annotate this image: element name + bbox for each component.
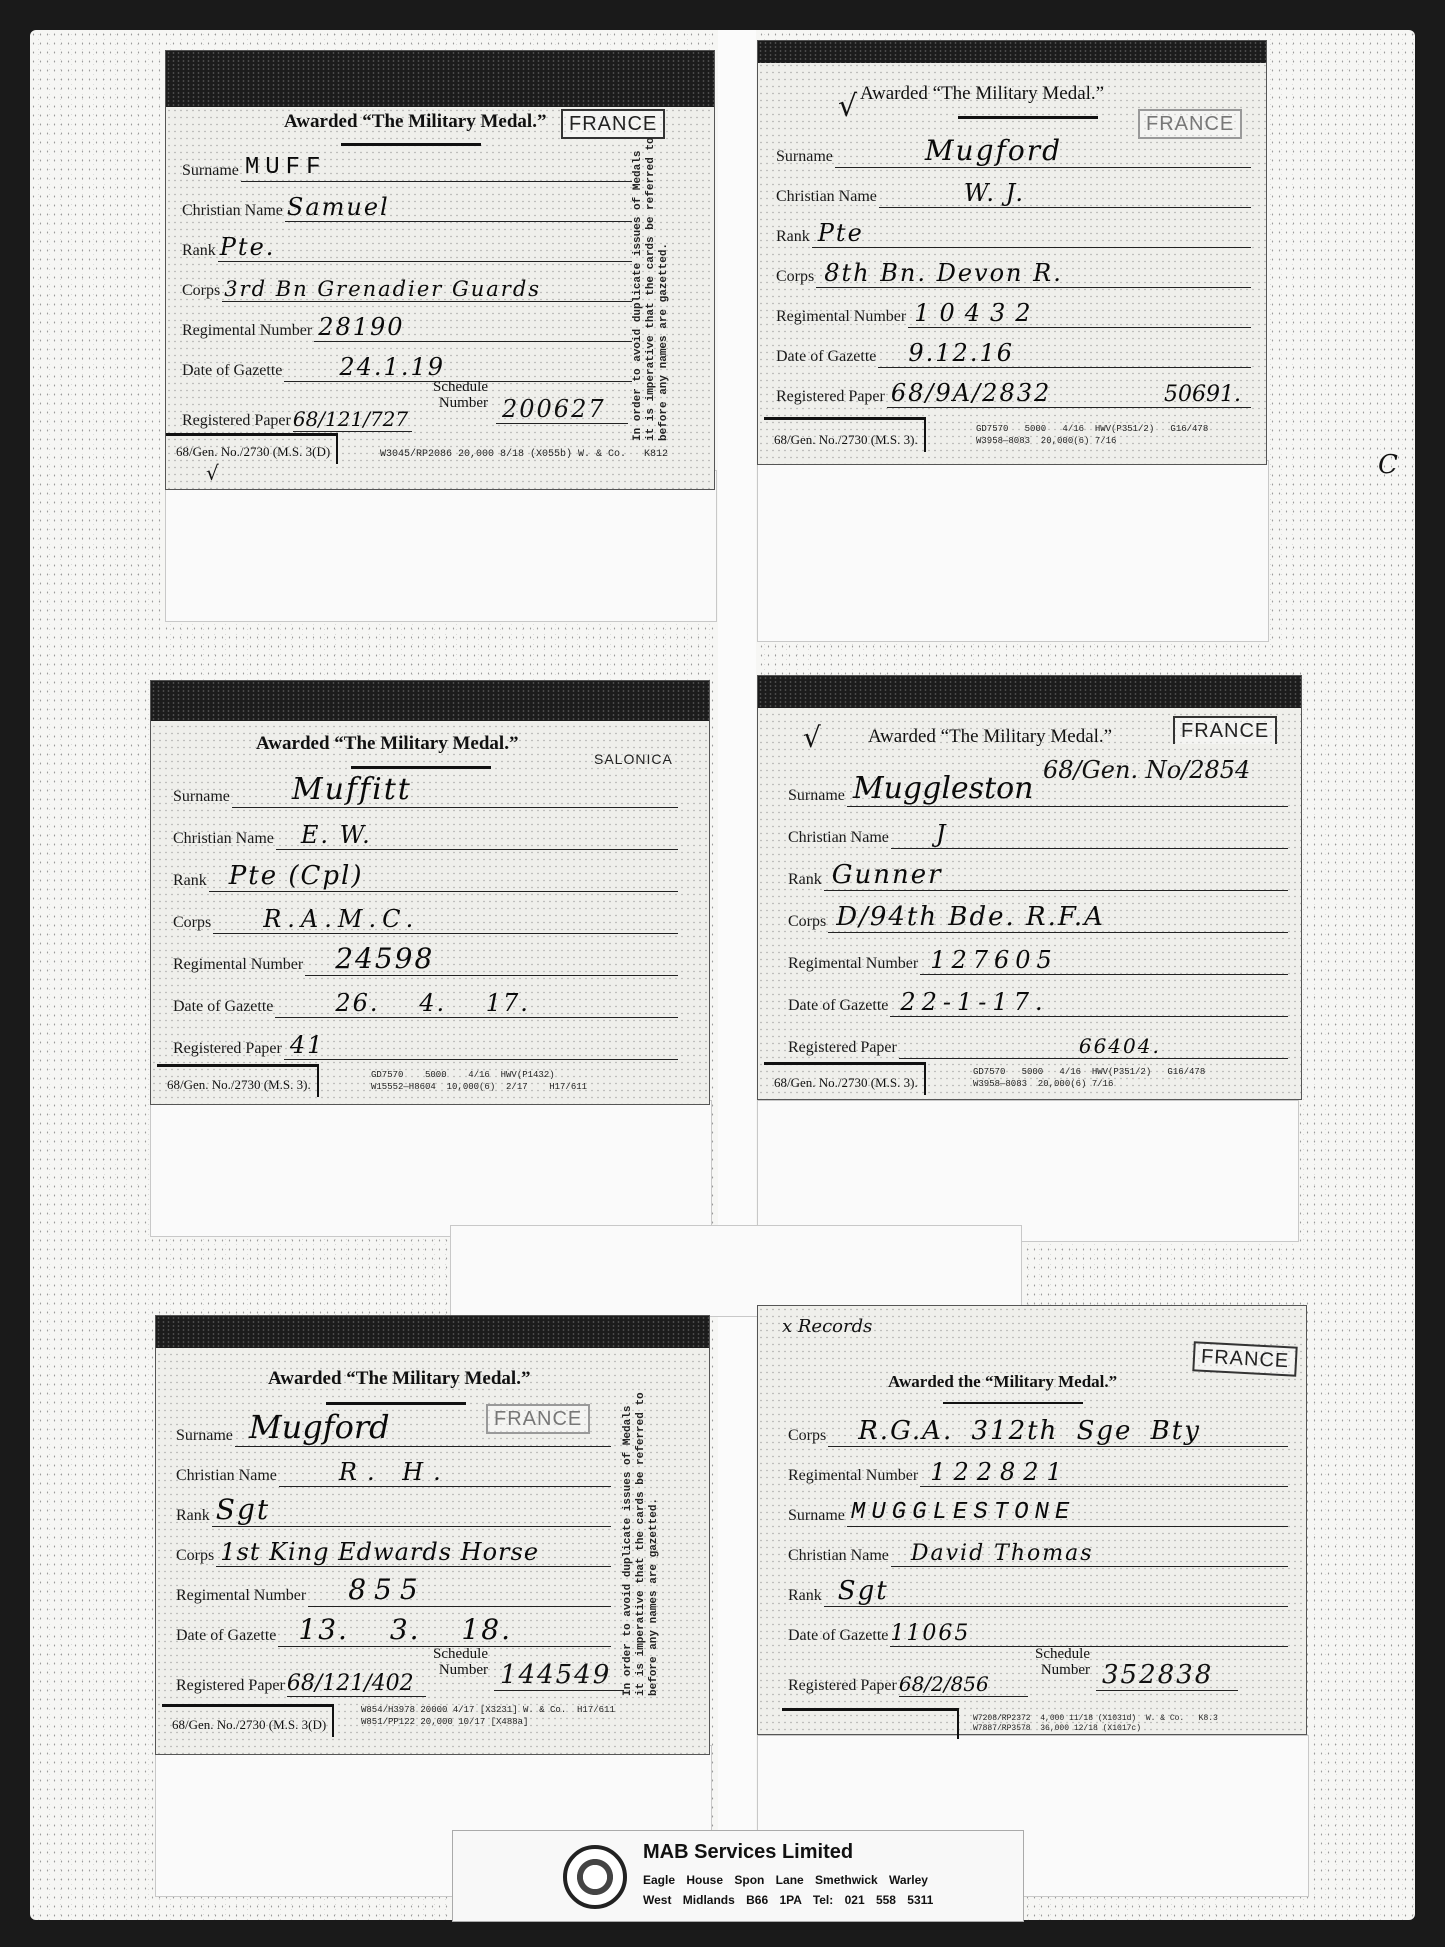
schedule-number-label: Schedule Number [418, 1646, 488, 1678]
registered-paper-extra: 50691. [1164, 382, 1241, 407]
address-line-2: West Midlands B66 1PA Tel: 021 558 5311 [643, 1893, 933, 1907]
medal-card-muffitt: Awarded “The Military Medal.” SALONICA S… [150, 680, 710, 1105]
medal-card-mugford-rh: Awarded “The Military Medal.” FRANCE Sur… [155, 1315, 710, 1755]
corps-field: Corps 8th Bn. Devon R. [776, 253, 1251, 288]
christian-name-field: Christian Name David Thomas [788, 1532, 1288, 1567]
surname-field: Surname Mugford [176, 1412, 611, 1447]
surname-value: Muggleston [853, 771, 1034, 806]
title-underline [326, 1402, 466, 1405]
registered-paper-value: 41 [290, 1031, 325, 1059]
rank-field: Rank Gunner [788, 856, 1288, 891]
surname-field: Surname Muggleston [788, 772, 1288, 807]
gazette-date-field: Date of Gazette 24.1.19 [182, 347, 632, 382]
medal-card-mugford-wj: √ Awarded “The Military Medal.” FRANCE S… [757, 40, 1267, 465]
registered-paper-value: 66404. [1079, 1034, 1161, 1058]
card-header-band [758, 676, 1301, 708]
duplicate-issue-note: In order to avoid duplicate issues of Me… [622, 1396, 661, 1696]
regimental-number-field: Regimental Number 10432 [776, 293, 1251, 328]
card-header-band [758, 41, 1266, 63]
gazette-date-field: Date of Gazette 11065 [788, 1612, 1288, 1647]
christian-name-field: Christian Name E. W. [173, 815, 678, 850]
registered-paper-field: Registered Paper 66404. [788, 1024, 1288, 1059]
christian-name-field: Christian Name W. J. [776, 173, 1251, 208]
surname-value: Mugford [925, 134, 1062, 167]
printer-imprint: GD7570 5000 4/16 HWV(P351/2) G16/478 W39… [976, 423, 1208, 447]
schedule-number-label: Schedule Number [1020, 1646, 1090, 1678]
christian-name-value: R. H. [339, 1458, 451, 1486]
corps-field: Corps R.A.M.C. [173, 899, 678, 934]
margin-mark: C [1378, 450, 1398, 480]
gazette-date-field: Date of Gazette 26. 4. 17. [173, 983, 678, 1018]
theatre-stamp: FRANCE [1192, 1341, 1298, 1376]
schedule-number-value: 200627 [496, 395, 628, 424]
corps-value: D/94th Bde. R.F.A [836, 902, 1105, 932]
check-mark: √ [838, 89, 857, 124]
rank-field: Rank Pte. [182, 227, 632, 262]
gazette-date-field: Date of Gazette 9.12.16 [776, 333, 1251, 368]
blank-sheet [757, 1100, 1299, 1242]
theatre-stamp: FRANCE [561, 109, 665, 139]
blank-sheet [757, 460, 1269, 642]
theatre-stamp: SALONICA [594, 751, 673, 767]
form-number: 68/Gen. No./2730 (M.S. 3(D) [162, 1704, 334, 1737]
theatre-stamp: FRANCE [1173, 716, 1277, 744]
gazette-date-value: 9.12.16 [908, 339, 1014, 367]
corps-value: R.G.A. 312th Sge Bty [858, 1416, 1201, 1446]
christian-name-field: Christian Name R. H. [176, 1452, 611, 1487]
gazette-date-value: 22-1-17. [900, 988, 1048, 1016]
duplicate-issue-note: In order to avoid duplicate issues of Me… [632, 141, 671, 441]
regimental-number-value: 28190 [318, 313, 404, 341]
rank-value: Pte (Cpl) [229, 861, 364, 891]
surname-value: MUGGLESTONE [851, 1499, 1075, 1526]
address-line-1: Eagle House Spon Lane Smethwick Warley [643, 1873, 928, 1887]
registered-paper-value: 68/2/856 [899, 1672, 989, 1696]
printer-imprint: GD7570 5000 4/16 HWV(P351/2) G16/478 W39… [973, 1066, 1205, 1090]
printer-imprint: W854/H3978 20000 4/17 [X3231] W. & Co. H… [361, 1704, 615, 1728]
rank-value: Gunner [832, 860, 943, 890]
check-mark: √ [206, 461, 219, 485]
surname-field: Surname Muffitt [173, 773, 678, 808]
registered-paper-field: Registered Paper 68/9A/2832 50691. [776, 373, 1251, 408]
form-number: 68/Gen. No./2730 (M.S. 3). [764, 1062, 926, 1095]
regimental-number-field: Regimental Number 855 [176, 1572, 611, 1607]
regimental-number-field: Regimental Number 127605 [788, 940, 1288, 975]
rank-value: Pte [818, 219, 864, 247]
corps-field: Corps 3rd Bn Grenadier Guards [182, 267, 632, 302]
card-title: Awarded “The Military Medal.” [868, 726, 1112, 748]
regimental-number-value: 10432 [914, 299, 1040, 327]
surname-value: MUFF [245, 154, 327, 181]
rank-value: Sgt [838, 1576, 889, 1606]
corps-field: Corps R.G.A. 312th Sge Bty [788, 1412, 1288, 1447]
schedule-number-value: 144549 [494, 1660, 624, 1691]
schedule-number-label: Schedule Number [418, 379, 488, 411]
regimental-number-value: 127605 [930, 946, 1058, 974]
surname-field: Surname Mugford [776, 133, 1251, 168]
card-title: Awarded “The Military Medal.” [256, 733, 518, 755]
corps-value: 8th Bn. Devon R. [824, 259, 1063, 287]
surname-value: Mugford [249, 1408, 390, 1446]
schedule-number-value: 352838 [1096, 1660, 1238, 1691]
card-header-band [166, 51, 714, 107]
title-underline [943, 1402, 1083, 1404]
medal-card-mugglestone: x Records FRANCE Awarded the “Military M… [757, 1305, 1307, 1735]
form-number-blank [782, 1708, 959, 1739]
rank-value: Pte. [220, 233, 276, 261]
christian-name-value: W. J. [964, 179, 1025, 207]
gazette-date-field: Date of Gazette 22-1-17. [788, 982, 1288, 1017]
medal-card-muggleston: √ Awarded “The Military Medal.” FRANCE 6… [757, 675, 1302, 1100]
registered-paper-value: 68/9A/2832 [891, 379, 1051, 407]
card-header-band [151, 681, 709, 721]
corps-value: 3rd Bn Grenadier Guards [224, 277, 541, 301]
gazette-date-value: 13. 3. 18. [298, 1613, 512, 1646]
rank-field: Rank Sgt [176, 1492, 611, 1527]
printer-imprint: GD7570 5000 4/16 HWV(P1432) W15552—H8604… [371, 1069, 587, 1093]
card-title: Awarded “The Military Medal.” [268, 1368, 530, 1390]
gazette-date-field: Date of Gazette 13. 3. 18. [176, 1612, 611, 1647]
gazette-date-value: 24.1.19 [339, 353, 445, 381]
regimental-number-value: 122821 [930, 1458, 1070, 1486]
christian-name-value: J [936, 820, 948, 848]
scanner-footer-stamp: MAB Services Limited Eagle House Spon La… [452, 1830, 1024, 1922]
corps-field: Corps D/94th Bde. R.F.A [788, 898, 1288, 933]
surname-value: Muffitt [292, 772, 412, 807]
form-number: 68/Gen. No./2730 (M.S. 3). [157, 1064, 319, 1097]
mab-logo-icon [563, 1845, 627, 1909]
christian-name-field: Christian Name Samuel [182, 187, 632, 222]
christian-name-value: E. W. [301, 821, 372, 849]
rank-field: Rank Pte (Cpl) [173, 857, 678, 892]
card-title: Awarded the “Military Medal.” [888, 1372, 1117, 1392]
rank-value: Sgt [216, 1493, 270, 1526]
title-underline [341, 143, 481, 146]
printer-imprint: W3045/RP2086 20,000 8/18 (X055b) W. & Co… [380, 449, 668, 461]
form-number: 68/Gen. No./2730 (M.S. 3). [764, 417, 926, 452]
gazette-date-value: 11065 [890, 1621, 970, 1646]
corps-value: R.A.M.C. [263, 905, 419, 933]
surname-field: Surname MUGGLESTONE [788, 1492, 1288, 1527]
christian-name-field: Christian Name J [788, 814, 1288, 849]
regimental-number-field: Regimental Number 122821 [788, 1452, 1288, 1487]
christian-name-value: Samuel [287, 193, 390, 221]
card-header-band [156, 1316, 709, 1348]
registered-paper-field: Registered Paper 68/121/402 [176, 1662, 426, 1697]
title-underline [351, 766, 491, 769]
registered-paper-field: Registered Paper 68/121/727 [182, 397, 412, 432]
rank-field: Rank Sgt [788, 1572, 1288, 1607]
rank-field: Rank Pte [776, 213, 1251, 248]
card-title: Awarded “The Military Medal.” [284, 111, 546, 133]
card-title: Awarded “The Military Medal.” [860, 83, 1104, 105]
center-divider [718, 30, 756, 1910]
form-number: 68/Gen. No./2730 (M.S. 3(D) [166, 433, 338, 464]
blank-sheet [450, 1225, 1022, 1317]
corps-value: 1st King Edwards Horse [220, 1538, 539, 1566]
registered-paper-value: 68/121/402 [287, 1671, 414, 1696]
records-note: x Records [782, 1316, 872, 1337]
registered-paper-field: Registered Paper 41 [173, 1025, 678, 1060]
check-mark: √ [803, 721, 821, 754]
corps-field: Corps 1st King Edwards Horse [176, 1532, 611, 1567]
christian-name-value: David Thomas [911, 1541, 1094, 1566]
title-underline [958, 116, 1098, 119]
registered-paper-field: Registered Paper 68/2/856 [788, 1662, 1028, 1697]
medal-card-muff: Awarded “The Military Medal.” FRANCE Sur… [165, 50, 715, 490]
company-name: MAB Services Limited [643, 1841, 853, 1864]
regimental-number-value: 24598 [335, 942, 434, 975]
regimental-number-value: 855 [348, 1573, 425, 1606]
surname-field: Surname MUFF [182, 147, 632, 182]
gazette-date-value: 26. 4. 17. [335, 989, 530, 1017]
printer-imprint: W7208/RP2372 4,000 11/18 (X1031d) W. & C… [973, 1714, 1218, 1734]
blank-sheet [165, 470, 717, 622]
regimental-number-field: Regimental Number 24598 [173, 941, 678, 976]
regimental-number-field: Regimental Number 28190 [182, 307, 632, 342]
registered-paper-value: 68/121/727 [293, 407, 408, 431]
blank-sheet [150, 1100, 712, 1237]
